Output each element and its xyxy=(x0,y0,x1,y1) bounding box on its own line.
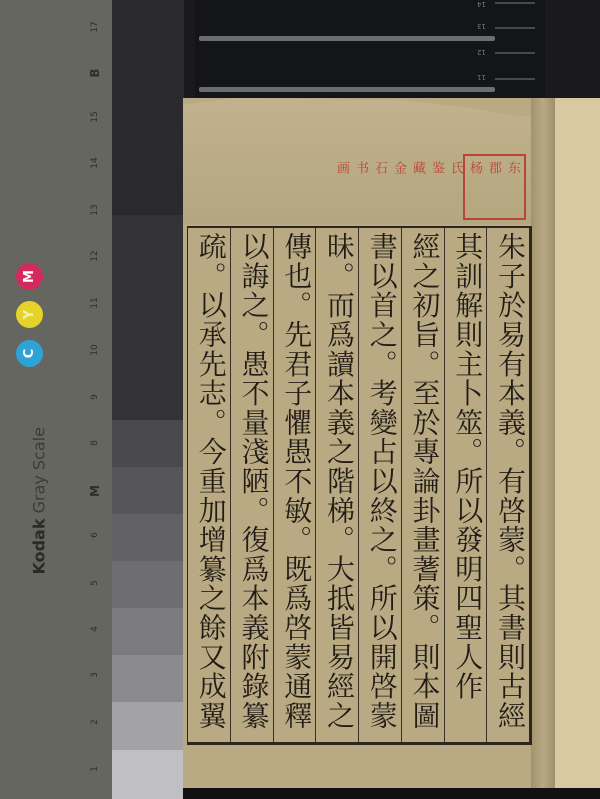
ruler-label: 14 xyxy=(477,0,486,8)
gray-steps xyxy=(112,0,184,799)
yellow-patch: Y xyxy=(16,301,43,328)
text-column: 昧。而爲讀本義之階梯。大抵皆易經之 xyxy=(315,228,358,742)
text-column: 書以首之。考變占以終之。所以開啓蒙 xyxy=(358,228,401,742)
gray-step xyxy=(112,215,184,420)
ruler-tick xyxy=(495,27,535,29)
bottom-background xyxy=(183,788,600,799)
ruler-bar xyxy=(199,87,495,92)
text-column: 朱子於易有本義。有啓蒙。其書則古經 xyxy=(486,228,529,742)
ruler-bar xyxy=(199,36,495,41)
gray-step xyxy=(112,0,184,215)
kodak-gray-scale-card: Kodak Gray Scale M Y C 17 B 15 14 13 12 … xyxy=(0,0,112,799)
gray-step xyxy=(112,420,184,467)
scale-number: 2 xyxy=(90,713,100,731)
text-column: 疏。以承先志。今重加增纂之餘又成翼 xyxy=(188,228,230,742)
page-gutter xyxy=(531,98,555,788)
scale-number: 14 xyxy=(90,154,100,172)
scale-number: 9 xyxy=(90,388,100,406)
gray-step xyxy=(112,561,184,608)
gray-step xyxy=(112,467,184,514)
scale-number: 3 xyxy=(90,666,100,684)
text-column: 傳也。先君子懼愚不敏。既爲啓蒙通釋 xyxy=(273,228,316,742)
cyan-patch: C xyxy=(16,340,43,367)
text-frame: 朱子於易有本義。有啓蒙。其書則古經 其訓解則主卜筮。所以發明四聖人作 經之初旨。… xyxy=(187,226,532,745)
scale-number: 4 xyxy=(90,620,100,638)
ruler-tick xyxy=(495,78,535,80)
gray-step xyxy=(112,514,184,561)
ruler-label: 11 xyxy=(477,73,486,81)
scale-letter-m: M xyxy=(88,482,102,500)
collector-seal: 东郡杨氏鉴藏金石书画 xyxy=(463,154,526,220)
gray-step xyxy=(112,608,184,655)
ruler-label: 12 xyxy=(477,48,486,56)
ruler-label: 13 xyxy=(477,22,486,30)
ruler-tick xyxy=(495,52,535,54)
next-leaf-edge xyxy=(555,98,600,788)
scale-number: 17 xyxy=(90,18,100,36)
scale-number: 1 xyxy=(90,760,100,778)
scale-number: 15 xyxy=(90,108,100,126)
text-column: 其訓解則主卜筮。所以發明四聖人作 xyxy=(444,228,487,742)
gray-step xyxy=(112,750,184,799)
scale-number: 6 xyxy=(90,526,100,544)
scale-letter-b: B xyxy=(88,64,102,82)
kodak-label: Kodak Gray Scale xyxy=(30,445,49,575)
scale-number: 8 xyxy=(90,434,100,452)
scale-number: 13 xyxy=(90,201,100,219)
scale-number: 5 xyxy=(90,574,100,592)
scale-number: 11 xyxy=(90,294,100,312)
text-column: 以誨之。愚不量淺陋。復爲本義附錄纂 xyxy=(230,228,273,742)
gray-step xyxy=(112,655,184,702)
text-column: 經之初旨。至於專論卦畫蓍策。則本圖 xyxy=(401,228,444,742)
top-ruler: 14 13 12 11 xyxy=(195,0,545,98)
scale-number: 12 xyxy=(90,247,100,265)
ruler-tick xyxy=(495,2,535,4)
magenta-patch: M xyxy=(16,263,43,290)
gray-step xyxy=(112,702,184,750)
scale-number: 10 xyxy=(90,341,100,359)
